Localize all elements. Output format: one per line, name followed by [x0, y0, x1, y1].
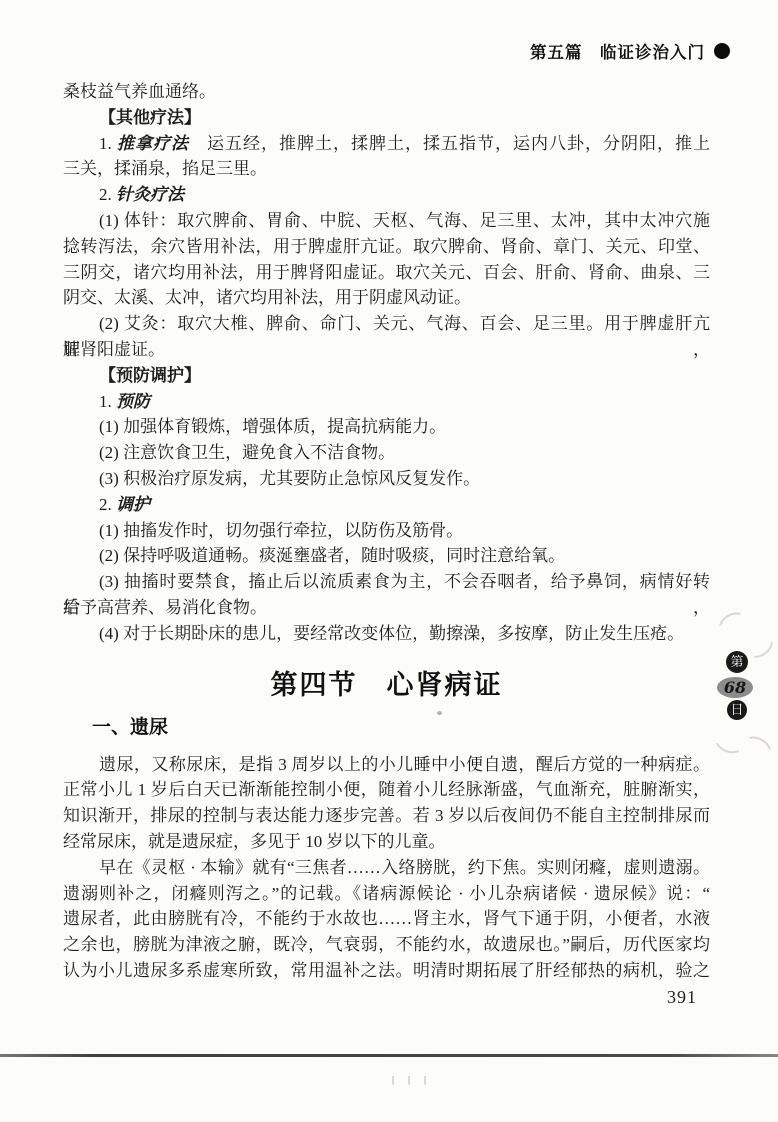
text-run: (1) 抽搐发作时，切勿强行牵拉，以防伤及筋骨。 — [99, 521, 463, 540]
text-line: 之余也，膀胱为津液之腑，既冷，气衰弱，不能约水，故遗尿也。”嗣后，历代医家均 — [63, 932, 710, 958]
margin-day-marker: 第 68 日 — [700, 605, 778, 770]
text-run: 三关，揉涌泉，掐足三里。 — [63, 159, 267, 178]
paragraph-block-before: 桑枝益气养血通络。【其他疗法】1. 推拿疗法 运五经，推脾土，揉脾土，揉五指节，… — [63, 79, 710, 647]
page-number: 391 — [667, 987, 697, 1008]
text-run: 桑枝益气养血通络。 — [63, 82, 216, 101]
text-run: 三阴交，诸穴均用补法，用于脾肾阳虚证。取穴关元、百会、肝俞、肾俞、曲泉、三 — [63, 263, 710, 282]
text-run: 遗尿，又称尿床，是指 3 周岁以上的小儿睡中小便自遗，醒后方觉的一种病症。 — [99, 755, 710, 774]
text-line: 经常尿床，就是遗尿症，多见于 10 岁以下的儿童。 — [63, 829, 710, 855]
text-line: (2) 艾灸：取穴大椎、脾俞、命门、关元、气海、百会、足三里。用于脾虚肝亢证， — [63, 311, 710, 337]
text-line: (3) 积极治疗原发病，尤其要防止急惊风反复发作。 — [63, 466, 710, 492]
text-line: 遗尿者，此由膀胱有冷，不能约于水故也……肾主水，肾气下通于阴，小便者，水液 — [63, 906, 710, 932]
text-run: 针灸疗法 — [116, 185, 184, 204]
ink-speck — [437, 711, 442, 715]
text-run: (1) 体针：取穴脾俞、胃俞、中脘、天枢、气海、足三里、太冲，其中太冲穴施 — [99, 211, 710, 230]
text-line: (2) 保持呼吸道通畅。痰涎壅盛者，随时吸痰，同时注意给氧。 — [63, 543, 710, 569]
text-run: 运五经，推脾土，揉脾土，揉五指节，运内八卦，分阴阳，推上 — [189, 134, 710, 153]
text-run: (1) 加强体育锻炼，增强体质，提高抗病能力。 — [99, 417, 446, 436]
running-head-title: 第五篇 临证诊治入门 — [530, 39, 705, 63]
text-line: (1) 抽搐发作时，切勿强行牵拉，以防伤及筋骨。 — [63, 518, 710, 544]
text-line: (1) 加强体育锻炼，增强体质，提高抗病能力。 — [63, 414, 710, 440]
text-line: (3) 抽搐时要禁食，搐止后以流质素食为主，不会吞咽者，给予鼻饲，病情好转后， — [63, 569, 710, 595]
text-run: 1. — [99, 392, 116, 411]
text-run: 调护 — [116, 495, 150, 514]
marker-ri-badge: 日 — [727, 700, 747, 720]
text-line: 【其他疗法】 — [63, 105, 710, 131]
paragraph-block-after: 遗尿，又称尿床，是指 3 周岁以上的小儿睡中小便自遗，醒后方觉的一种病症。正常小… — [63, 752, 710, 984]
text-line: 正常小儿 1 岁后白天已渐渐能控制小便，随着小儿经脉渐盛，气血渐充，脏腑渐实， — [63, 777, 710, 803]
text-run: 经常尿床，就是遗尿症，多见于 10 岁以下的儿童。 — [63, 832, 446, 851]
marker-day-number: 68 — [717, 677, 753, 698]
text-line: 早在《灵枢 · 本输》就有“三焦者……入络膀胱，约下焦。实则闭癃，虚则遗溺。 — [63, 855, 710, 881]
text-run: 给予高营养、易消化食物。 — [63, 598, 267, 617]
text-line: 1. 预防 — [63, 389, 710, 415]
text-line: 桑枝益气养血通络。 — [63, 79, 710, 105]
text-run: 遗尿者，此由膀胱有冷，不能约于水故也……肾主水，肾气下通于阴，小便者，水液 — [63, 909, 710, 928]
text-run: 早在《灵枢 · 本输》就有“三焦者……入络膀胱，约下焦。实则闭癃，虚则遗溺。 — [99, 858, 710, 877]
text-run: 【其他疗法】 — [99, 108, 201, 127]
text-line: 捻转泻法，余穴皆用补法，用于脾虚肝亢证。取穴脾俞、肾俞、章门、关元、印堂、 — [63, 234, 710, 260]
book-page: 第五篇 临证诊治入门 桑枝益气养血通络。【其他疗法】1. 推拿疗法 运五经，推脾… — [0, 0, 778, 1122]
text-line: 1. 推拿疗法 运五经，推脾土，揉脾土，揉五指节，运内八卦，分阴阳，推上 — [63, 131, 710, 157]
section-title: 第四节 心肾病证 — [63, 667, 710, 704]
text-line: 阴交、太溪、太冲，诸穴均用补法，用于阴虚风动证。 — [63, 285, 710, 311]
text-run: 正常小儿 1 岁后白天已渐渐能控制小便，随着小儿经脉渐盛，气血渐充，脏腑渐实， — [63, 780, 710, 799]
text-run: (4) 对于长期卧床的患儿，要经常改变体位，勤擦澡，多按摩，防止发生压疮。 — [99, 624, 684, 643]
text-column: 桑枝益气养血通络。【其他疗法】1. 推拿疗法 运五经，推脾土，揉脾土，揉五指节，… — [63, 79, 710, 984]
text-run: 推拿疗法 — [117, 134, 189, 153]
text-line: 遗尿，又称尿床，是指 3 周岁以上的小儿睡中小便自遗，醒后方觉的一种病症。 — [63, 752, 710, 778]
text-run: 捻转泻法，余穴皆用补法，用于脾虚肝亢证。取穴脾俞、肾俞、章门、关元、印堂、 — [63, 237, 710, 256]
text-run: 预防 — [116, 392, 150, 411]
text-line: 【预防调护】 — [63, 363, 710, 389]
text-run: 2. — [99, 185, 116, 204]
text-run: 脾肾阳虚证。 — [63, 340, 165, 359]
text-line: 2. 针灸疗法 — [63, 182, 710, 208]
text-run: 遗溺则补之，闭癃则泻之。”的记载。《诸病源候论 · 小儿杂病诸候 · 遗尿候》说… — [63, 884, 710, 903]
text-run: (3) 积极治疗原发病，尤其要防止急惊风反复发作。 — [99, 469, 480, 488]
text-run: (2) 保持呼吸道通畅。痰涎壅盛者，随时吸痰，同时注意给氧。 — [99, 546, 565, 565]
text-run: 认为小儿遗尿多系虚寒所致，常用温补之法。明清时期拓展了肝经郁热的病机，验之 — [63, 961, 710, 980]
text-line: 遗溺则补之，闭癃则泻之。”的记载。《诸病源候论 · 小儿杂病诸候 · 遗尿候》说… — [63, 881, 710, 907]
section-bullet-icon — [714, 43, 730, 59]
text-line: 三关，揉涌泉，掐足三里。 — [63, 156, 710, 182]
text-line: 认为小儿遗尿多系虚寒所致，常用温补之法。明清时期拓展了肝经郁热的病机，验之 — [63, 958, 710, 984]
text-line: (1) 体针：取穴脾俞、胃俞、中脘、天枢、气海、足三里、太冲，其中太冲穴施 — [63, 208, 710, 234]
text-run: 【预防调护】 — [99, 366, 201, 385]
running-head: 第五篇 临证诊治入门 — [530, 39, 730, 63]
text-run: 知识渐开，排尿的控制与表达能力逐步完善。若 3 岁以后夜间仍不能自主控制排尿而 — [63, 806, 710, 825]
marker-di-badge: 第 — [726, 651, 748, 673]
subsection-title: 一、遗尿 — [92, 715, 710, 740]
text-line: (4) 对于长期卧床的患儿，要经常改变体位，勤擦澡，多按摩，防止发生压疮。 — [63, 621, 710, 647]
text-run: (2) 注意饮食卫生，避免食入不洁食物。 — [99, 443, 395, 462]
text-run: 之余也，膀胱为津液之腑，既冷，气衰弱，不能约水，故遗尿也。”嗣后，历代医家均 — [63, 935, 710, 954]
text-run: 2. — [99, 495, 116, 514]
text-line: (2) 注意饮食卫生，避免食入不洁食物。 — [63, 440, 710, 466]
text-run: 1. — [99, 134, 117, 153]
scan-edge-line — [0, 1054, 778, 1057]
text-line: 2. 调护 — [63, 492, 710, 518]
text-line: 知识渐开，排尿的控制与表达能力逐步完善。若 3 岁以后夜间仍不能自主控制排尿而 — [63, 803, 710, 829]
scan-smudge — [392, 1072, 478, 1082]
text-run: 阴交、太溪、太冲，诸穴均用补法，用于阴虚风动证。 — [63, 288, 471, 307]
text-line: 三阴交，诸穴均用补法，用于脾肾阳虚证。取穴关元、百会、肝俞、肾俞、曲泉、三 — [63, 260, 710, 286]
